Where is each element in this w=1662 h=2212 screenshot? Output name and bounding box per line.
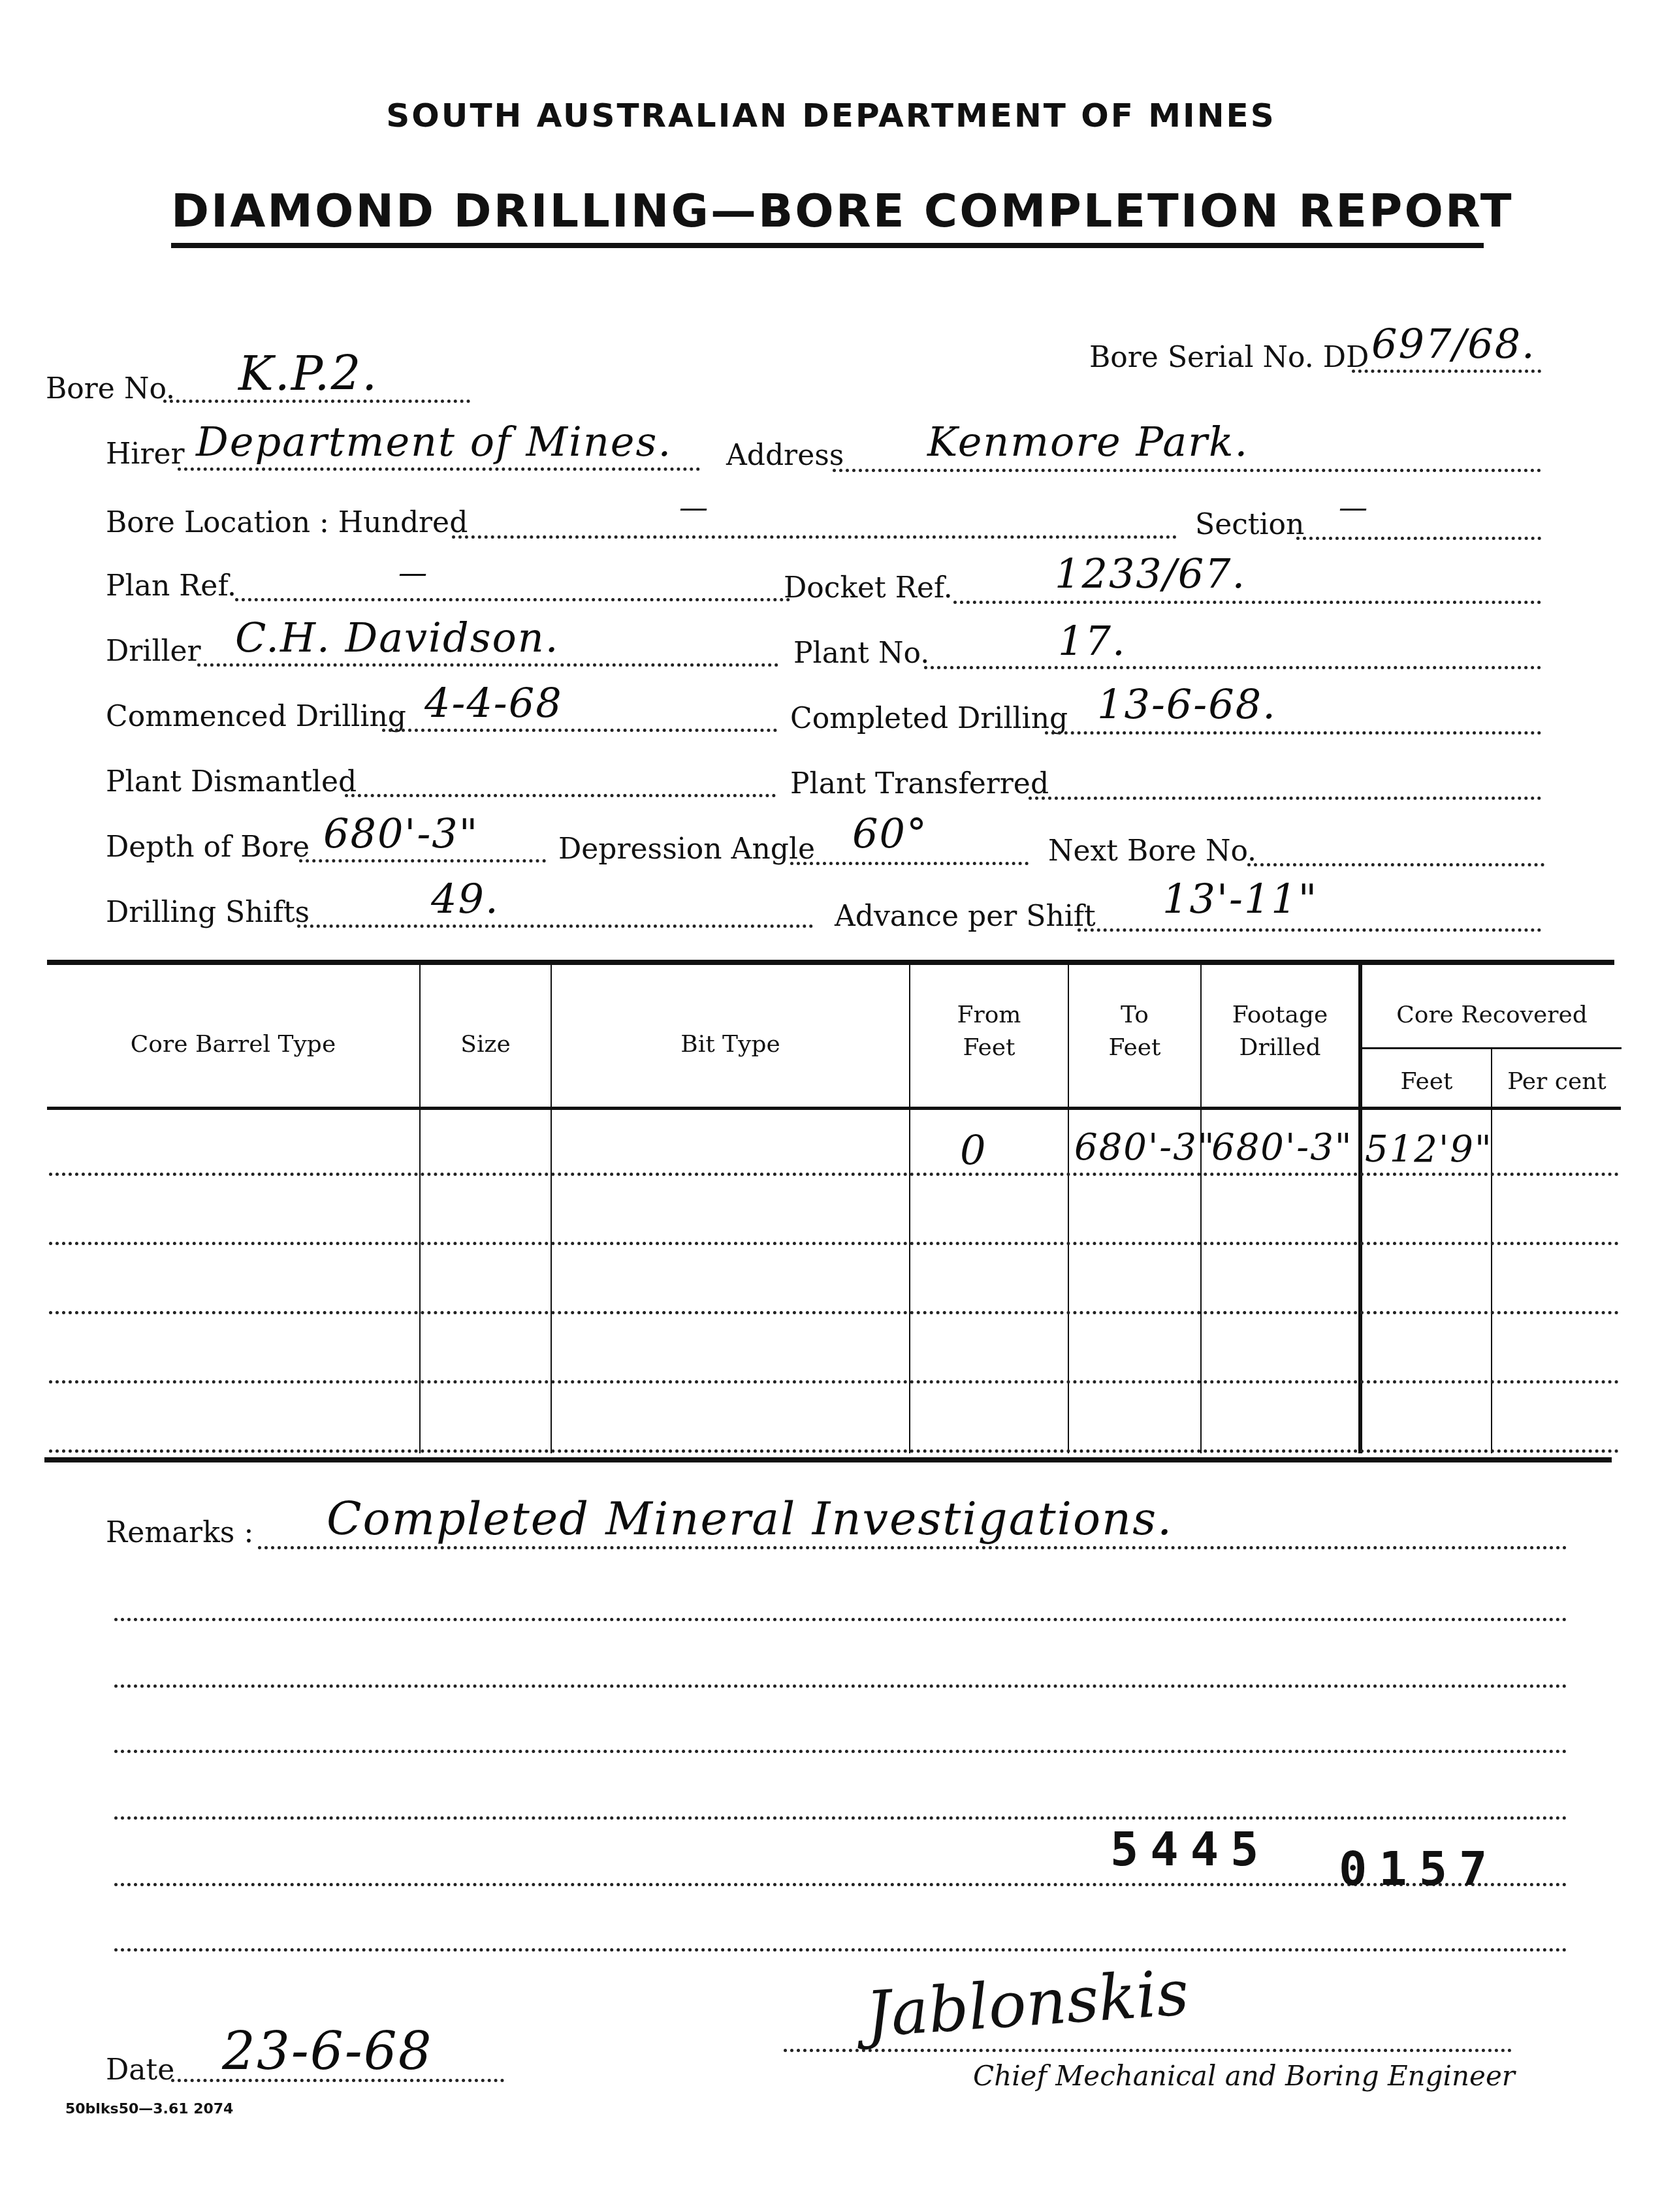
table-bottom-rule [44,1457,1612,1462]
remarks-line[interactable] [114,1948,1567,1951]
organisation-heading: SOUTH AUSTRALIAN DEPARTMENT OF MINES [0,97,1662,134]
plant-transferred-label: Plant Transferred [790,767,1049,800]
th-core-feet: Feet [1362,1066,1491,1098]
driller-value[interactable]: C.H. Davidson. [235,614,559,661]
driller-line [197,663,778,667]
depression-angle-line [790,862,1029,865]
th-core-barrel-type: Core Barrel Type [47,1028,419,1061]
commenced-line [382,729,777,732]
print-code: 50blks50—3.61 2074 [65,2101,233,2117]
remarks-line[interactable] [114,1750,1567,1753]
cell-core-feet[interactable]: 512'9" [1365,1128,1493,1171]
bore-serial-line [1352,370,1541,373]
bore-serial-value[interactable]: 697/68. [1371,320,1536,368]
address-label: Address [726,439,844,472]
table-row-line [49,1311,1620,1314]
remarks-line [258,1546,1567,1549]
th-size: Size [421,1028,551,1061]
depth-label: Depth of Bore [106,830,310,864]
hirer-line [178,467,700,471]
hirer-value[interactable]: Department of Mines. [196,418,672,466]
date-label: Date [106,2053,174,2087]
section-value[interactable]: — [1339,491,1369,524]
table-row-line [49,1380,1620,1383]
th-to: ToFeet [1069,999,1200,1064]
docket-ref-label: Docket Ref. [784,571,953,605]
cell-from[interactable]: 0 [960,1126,987,1174]
plan-ref-value[interactable]: — [398,556,428,590]
plant-no-value[interactable]: 17. [1058,617,1127,665]
hirer-label: Hirer [106,437,185,471]
next-bore-label: Next Bore No. [1048,834,1256,868]
th-core-recovered: Core Recovered [1362,999,1622,1032]
core-subheader-rule [1360,1047,1622,1049]
cell-to[interactable]: 680'-3" [1074,1126,1216,1169]
remarks-line[interactable] [114,1816,1567,1820]
hundred-value[interactable]: — [679,491,709,524]
hundred-line [452,535,1177,539]
section-label: Section [1195,508,1304,541]
advance-label: Advance per Shift [835,900,1096,933]
drilling-shifts-line [297,924,813,928]
bore-no-label: Bore No. [46,372,175,405]
remarks-label: Remarks : [106,1516,253,1549]
date-value[interactable]: 23-6-68 [222,2021,433,2081]
hundred-label: Bore Location : Hundred [106,506,468,539]
address-line [833,469,1541,472]
plant-no-line [924,666,1541,669]
completed-label: Completed Drilling [790,702,1068,735]
bore-serial-label: Bore Serial No. DD [1089,341,1369,374]
report-title: DIAMOND DRILLING—BORE COMPLETION REPORT [171,184,1513,238]
remarks-value[interactable]: Completed Mineral Investigations. [327,1492,1173,1545]
plant-transferred-line[interactable] [1029,797,1541,800]
cell-footage[interactable]: 680'-3" [1211,1126,1353,1169]
docket-ref-value[interactable]: 1233/67. [1055,550,1246,597]
depression-angle-value[interactable]: 60° [852,810,928,857]
depth-value[interactable]: 680'-3" [323,810,479,857]
th-bit-type: Bit Type [552,1028,909,1061]
th-from: FromFeet [910,999,1068,1064]
table-row-line [49,1242,1620,1245]
header-bottom-rule [47,1107,1621,1110]
signatory-title: Chief Mechanical and Boring Engineer [973,2060,1515,2092]
section-line [1296,537,1541,540]
plant-dismantled-label: Plant Dismantled [106,765,357,798]
stamp-number-left: 5445 [1110,1822,1270,1876]
commenced-label: Commenced Drilling [106,700,406,733]
bore-no-value[interactable]: K.P.2. [238,346,378,401]
plant-no-label: Plant No. [793,637,929,670]
drilling-shifts-value[interactable]: 49. [431,875,500,923]
address-value[interactable]: Kenmore Park. [927,418,1249,466]
plan-ref-label: Plan Ref. [106,569,236,603]
th-core-percent: Per cent [1492,1066,1622,1098]
completed-line [1045,731,1541,735]
depth-line [299,859,546,862]
remarks-line[interactable] [114,1618,1567,1621]
depression-angle-label: Depression Angle [558,832,815,866]
title-underline [171,243,1484,248]
advance-value[interactable]: 13'-11" [1162,875,1318,923]
remarks-line[interactable] [114,1684,1567,1688]
table-row-line [49,1449,1620,1453]
next-bore-line[interactable] [1247,863,1544,866]
completed-value[interactable]: 13-6-68. [1097,680,1277,728]
th-footage: FootageDrilled [1202,999,1358,1064]
commenced-value[interactable]: 4-4-68 [424,679,563,727]
plan-ref-line [235,598,790,601]
table-row-line [49,1173,1620,1176]
advance-line [1078,928,1541,932]
drilling-shifts-label: Drilling Shifts [106,896,310,929]
stamp-number-right: 0157 [1339,1841,1499,1896]
plant-dismantled-line[interactable] [345,794,776,797]
signature[interactable]: Jablonskis [863,1956,1191,2051]
table-top-rule [47,960,1614,965]
driller-label: Driller [106,635,201,668]
docket-ref-line [953,601,1541,604]
